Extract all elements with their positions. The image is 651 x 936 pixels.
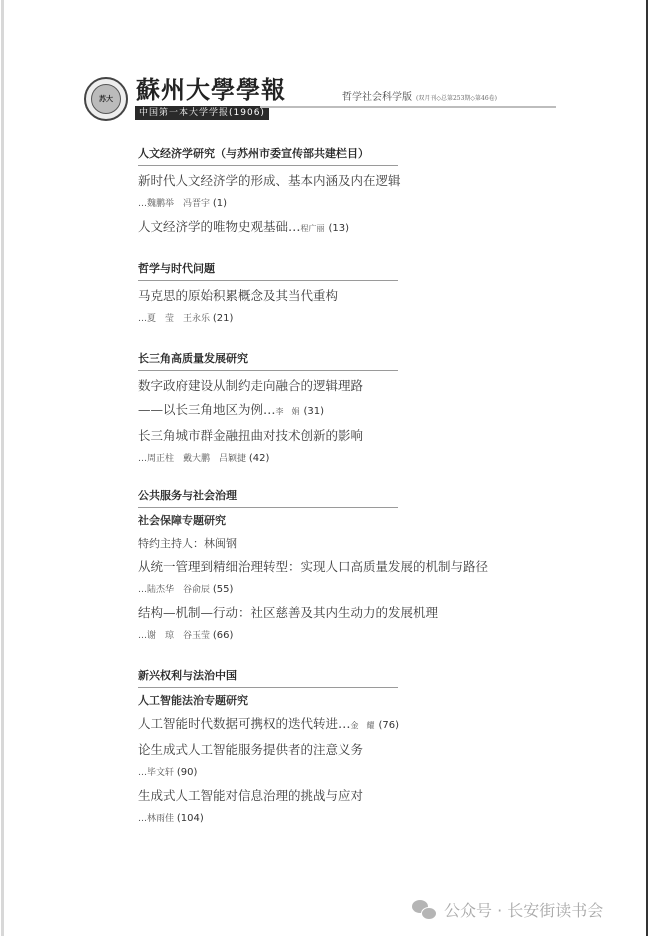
article-byline: …谢 琼 谷玉莹 (66) (138, 628, 478, 644)
article-byline: …陆杰华 谷俞辰 (55) (138, 582, 478, 598)
article-authors: 程广丽 (301, 224, 325, 233)
article-title[interactable]: 长三角城市群金融扭曲对技术创新的影响 (138, 427, 478, 445)
section-subheading: 社会保障专题研究 (138, 513, 478, 529)
article-title[interactable]: 论生成式人工智能服务提供者的注意义务 (138, 741, 478, 759)
article-page: (21) (213, 313, 234, 324)
section-subheading: 人工智能法治专题研究 (138, 693, 478, 709)
article-authors: 金 耀 (351, 721, 375, 730)
toc-section: 新兴权利与法治中国 人工智能法治专题研究 人工智能时代数据可携权的迭代转进…金 … (138, 668, 478, 827)
masthead: 苏大 蘇州大學學報 中国第一本大学学报(1906) 哲学社会科学版(双月刊◇总第… (84, 76, 474, 132)
university-seal-icon: 苏大 (84, 77, 128, 121)
article-page: (76) (379, 720, 400, 731)
journal-tagline: 中国第一本大学学报(1906) (135, 106, 269, 120)
article-page: (90) (177, 767, 198, 778)
article-page: (104) (177, 813, 204, 824)
article-byline: …魏鹏举 冯晋宇 (1) (138, 196, 478, 212)
article-subtitle: ——以长三角地区为例… (138, 402, 276, 417)
article-page: (66) (213, 630, 234, 641)
article-title[interactable]: 结构—机制—行动：社区慈善及其内生动力的发展机理 (138, 604, 478, 622)
section-host: 特约主持人：林闽钢 (138, 536, 478, 552)
article-authors: …陆杰华 谷俞辰 (138, 585, 210, 595)
article-title[interactable]: 从统一管理到精细治理转型：实现人口高质量发展的机制与路径 (138, 558, 478, 576)
article-authors: …毕文轩 (138, 768, 174, 778)
article-title[interactable]: 人文经济学的唯物史观基础…程广丽 (13) (138, 218, 478, 238)
edition-name: 哲学社会科学版 (342, 92, 412, 103)
seal-text: 苏大 (91, 84, 121, 114)
article-byline: …夏 莹 王永乐 (21) (138, 311, 478, 327)
toc-section: 公共服务与社会治理 社会保障专题研究 特约主持人：林闽钢 从统一管理到精细治理转… (138, 488, 478, 644)
article-subtitle-line: ——以长三角地区为例…李 娟 (31) (138, 401, 478, 421)
toc-section: 人文经济学研究（与苏州市委宣传部共建栏目） 新时代人文经济学的形成、基本内涵及内… (138, 146, 478, 238)
article-page: (13) (329, 223, 350, 234)
article-authors: 李 娟 (276, 407, 300, 416)
section-title: 哲学与时代问题 (138, 261, 398, 281)
article-authors: …夏 莹 王永乐 (138, 314, 210, 324)
masthead-rule (260, 106, 556, 108)
journal-name: 蘇州大學學報 (136, 76, 286, 104)
article-page: (1) (213, 198, 227, 209)
article-title[interactable]: 数字政府建设从制约走向融合的逻辑理路 (138, 377, 478, 395)
article-authors: …周正柱 戴大鹏 吕颖捷 (138, 454, 246, 464)
page-edge-right (646, 0, 648, 936)
article-title[interactable]: 马克思的原始积累概念及其当代重构 (138, 287, 478, 305)
toc-section: 长三角高质量发展研究 数字政府建设从制约走向融合的逻辑理路 ——以长三角地区为例… (138, 351, 478, 467)
article-page: (42) (249, 453, 270, 464)
article-title[interactable]: 新时代人文经济学的形成、基本内涵及内在逻辑 (138, 172, 478, 190)
section-title: 人文经济学研究（与苏州市委宣传部共建栏目） (138, 146, 398, 166)
section-title: 新兴权利与法治中国 (138, 668, 398, 688)
edition-meta: (双月刊◇总第253期◇第46卷) (416, 95, 497, 102)
article-title[interactable]: 人工智能时代数据可携权的迭代转进…金 耀 (76) (138, 715, 478, 735)
article-byline: …周正柱 戴大鹏 吕颖捷 (42) (138, 451, 478, 467)
article-title-text: 人工智能时代数据可携权的迭代转进… (138, 716, 351, 731)
article-authors: …谢 琼 谷玉莹 (138, 631, 210, 641)
wechat-icon (412, 900, 436, 920)
article-authors: …魏鹏举 冯晋宇 (138, 199, 210, 209)
article-page: (55) (213, 584, 234, 595)
article-byline: …毕文轩 (90) (138, 765, 478, 781)
article-authors: …林雨佳 (138, 814, 174, 824)
page-edge-left (1, 0, 4, 936)
article-byline: …林雨佳 (104) (138, 811, 478, 827)
toc-section: 哲学与时代问题 马克思的原始积累概念及其当代重构 …夏 莹 王永乐 (21) (138, 261, 478, 327)
edition-label: 哲学社会科学版(双月刊◇总第253期◇第46卷) (342, 88, 497, 103)
watermark-text: 公众号 · 长安街读书会 (444, 898, 603, 921)
section-title: 长三角高质量发展研究 (138, 351, 398, 371)
section-title: 公共服务与社会治理 (138, 488, 398, 508)
watermark: 公众号 · 长安街读书会 (412, 898, 603, 921)
article-page: (31) (304, 406, 325, 417)
article-title-text: 人文经济学的唯物史观基础… (138, 219, 301, 234)
article-title[interactable]: 生成式人工智能对信息治理的挑战与应对 (138, 787, 478, 805)
